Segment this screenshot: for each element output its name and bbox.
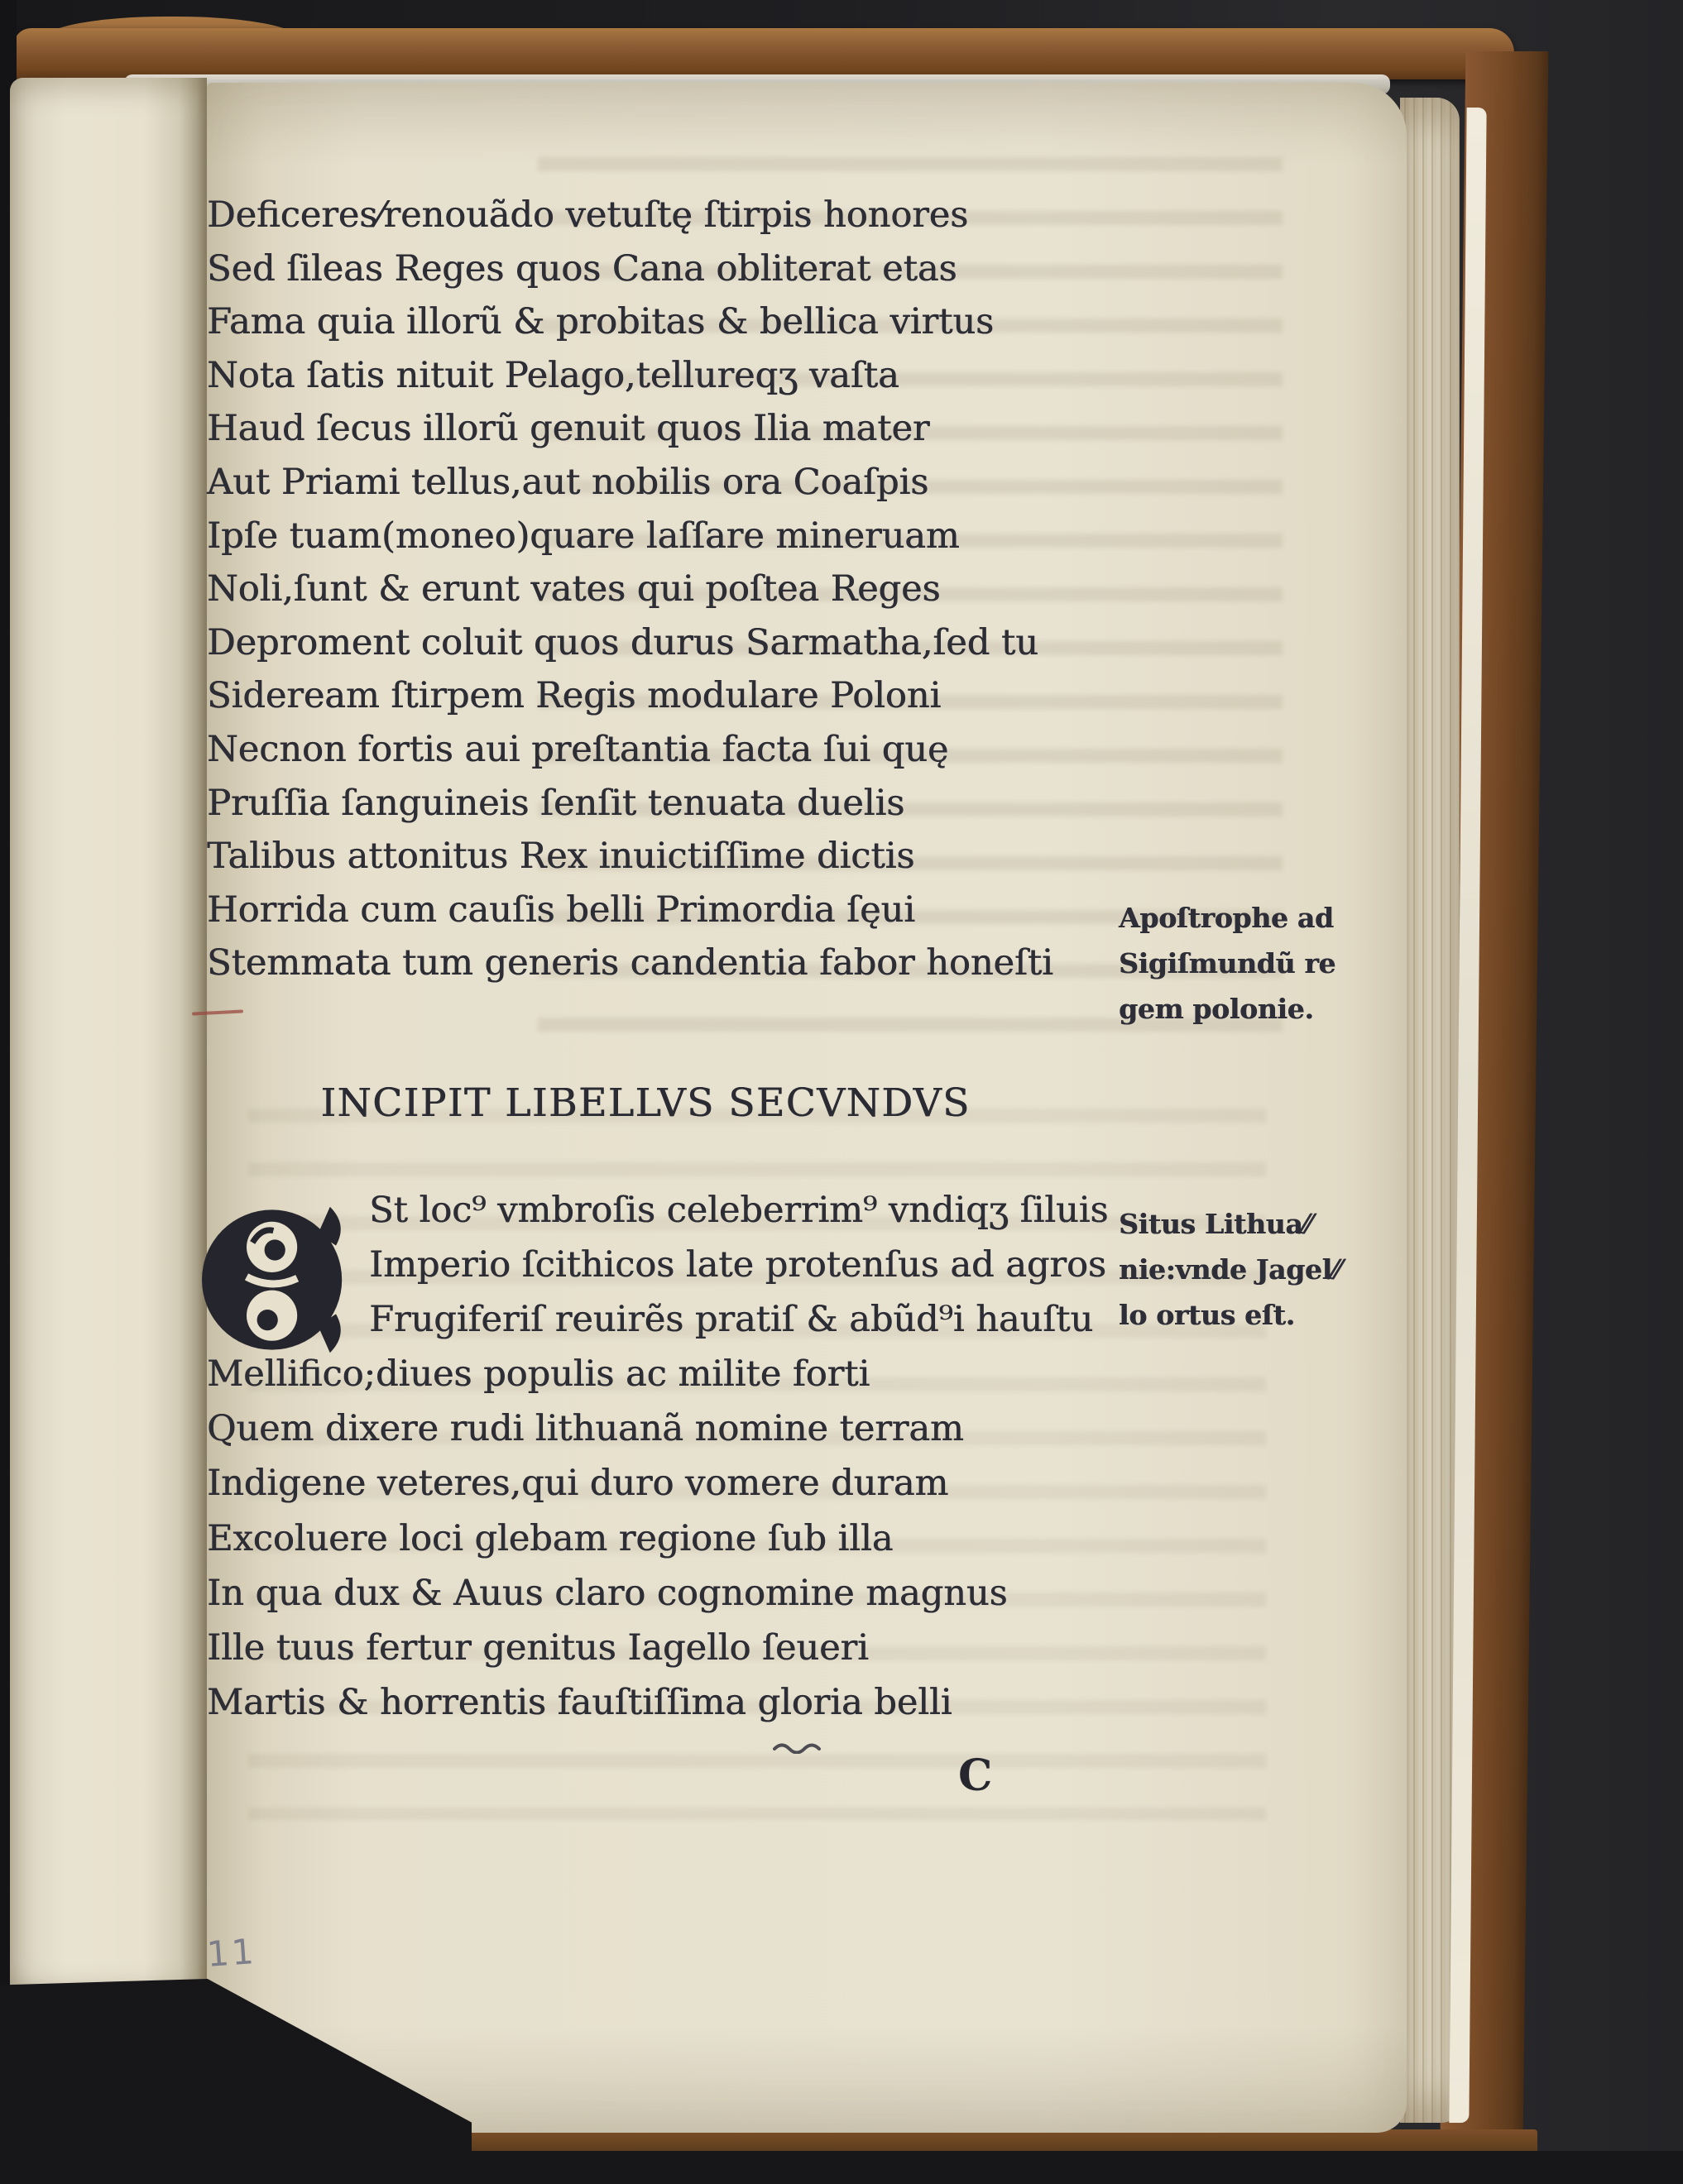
- verse-line: Mellifico;diues populis ac milite forti: [207, 1347, 1108, 1401]
- verse-line: Quem dixere rudi lithuanã nomine terram: [207, 1401, 1108, 1456]
- verse-block-2: St loc⁹ vmbroſis celeberrim⁹ vndiqʒ ſilu…: [207, 1183, 1108, 1730]
- page-number-pencil: 11: [205, 1931, 257, 1975]
- margin-note-line: nie:vnde Jagel⁄⁄: [1119, 1247, 1375, 1292]
- verse-line: Ille tuus fertur genitus Iagello ſeueri: [207, 1621, 1108, 1675]
- verse-line: Sideream ſtirpem Regis modulare Poloni: [207, 669, 1053, 723]
- chapter-heading: INCIPIT LIBELLVS SECVNDVS: [265, 1080, 1026, 1126]
- margin-note-line: lo ortus eſt.: [1119, 1292, 1375, 1338]
- verse-line: Martis & horrentis fauſtiſſima gloria be…: [207, 1675, 1108, 1730]
- verse-line: Stemmata tum generis candentia fabor hon…: [207, 936, 1053, 990]
- verse-line: Excoluere loci glebam regione ſub illa: [207, 1511, 1108, 1566]
- margin-note-apostrophe: Apoſtrophe adSigiſmundũ regem polonie.: [1119, 895, 1375, 1032]
- verse-line: In qua dux & Auus claro cognomine magnus: [207, 1566, 1108, 1621]
- verse-line: Deproment coluit quos durus Sarmatha,ſed…: [207, 616, 1053, 670]
- verse-line: Imperio ſcithicos late protenſus ad agro…: [207, 1238, 1108, 1292]
- verse-line: Deficeres⁄renouãdo vetuſtę ſtirpis honor…: [207, 189, 1053, 242]
- book-photo-scene: Deficeres⁄renouãdo vetuſtę ſtirpis honor…: [0, 0, 1683, 2184]
- margin-note-line: Situs Lithua⁄⁄: [1119, 1201, 1375, 1247]
- verse-line: Nota ſatis nituit Pelago,tellureqʒ vaſta: [207, 349, 1053, 403]
- verse-line: Horrida cum cauſis belli Primordia ſęui: [207, 884, 1053, 937]
- signature-mark: C: [958, 1751, 992, 1801]
- verse-line: Noli,ſunt & erunt vates qui poſtea Reges: [207, 563, 1053, 616]
- verse-line: Sed ſileas Reges quos Cana obliterat eta…: [207, 242, 1053, 296]
- fore-edge-page-stack: [1400, 98, 1460, 2123]
- verse-line: Frugiferiſ reuirẽs pratiſ & abũd⁹i hauſt…: [207, 1292, 1108, 1347]
- verse-line: Fama quia illorũ & probitas & bellica vi…: [207, 295, 1053, 349]
- background-bottom-edge: [0, 2151, 1683, 2184]
- margin-note-situs-lithuanie: Situs Lithua⁄⁄nie:vnde Jagel⁄⁄lo ortus e…: [1119, 1201, 1375, 1338]
- leather-cover-top: [13, 28, 1514, 79]
- verse-line: Ipſe tuam(moneo)quare laſſare mineruam: [207, 510, 1053, 563]
- verse-line: St loc⁹ vmbroſis celeberrim⁹ vndiqʒ ſilu…: [207, 1183, 1108, 1238]
- margin-note-line: Sigiſmundũ re: [1119, 941, 1375, 986]
- margin-note-line: Apoſtrophe ad: [1119, 895, 1375, 941]
- verse-line: Pruſſia ſanguineis ſenſit tenuata duelis: [207, 777, 1053, 831]
- margin-note-line: gem polonie.: [1119, 986, 1375, 1032]
- verse-line: Indigene veteres,qui duro vomere duram: [207, 1456, 1108, 1511]
- annotation-squiggle: [773, 1741, 832, 1754]
- previous-leaf-gutter: [10, 78, 207, 2010]
- verse-block-1: Deficeres⁄renouãdo vetuſtę ſtirpis honor…: [207, 189, 1053, 990]
- verse-line: Talibus attonitus Rex inuictiſſime dicti…: [207, 830, 1053, 884]
- verse-line: Necnon fortis aui preſtantia facta ſui q…: [207, 723, 1053, 777]
- verse-line: Haud ſecus illorũ genuit quos Ilia mater: [207, 402, 1053, 456]
- verse-line: Aut Priami tellus,aut nobilis ora Coaſpi…: [207, 456, 1053, 510]
